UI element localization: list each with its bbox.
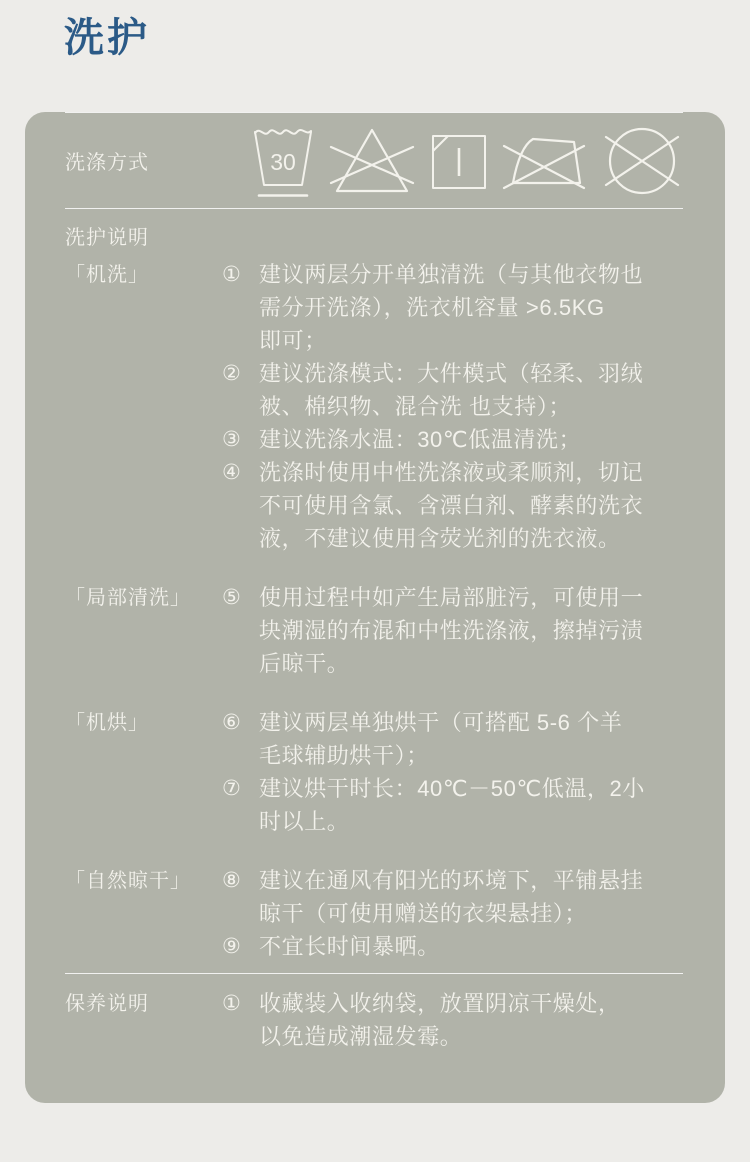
care-section-label: 「自然晾干」 xyxy=(65,864,222,963)
item-text: 不宜长时间暴晒。 xyxy=(259,930,440,963)
item-text: 建议两层分开单独清洗（与其他衣物也 需分开洗涤），洗衣机容量 >6.5KG 即可… xyxy=(259,258,643,357)
item-number-badge: ⑨ xyxy=(222,930,259,963)
item-number-badge: ③ xyxy=(222,423,259,456)
wash-method-row: 洗涤方式 30 xyxy=(65,112,683,209)
laundry-symbol-icons: 30 xyxy=(222,123,683,199)
care-item: ⑥建议两层单独烘干（可搭配 5-6 个羊 毛球辅助烘干）； xyxy=(222,706,683,772)
care-section: 「局部清洗」⑤使用过程中如产生局部脏污，可使用一 块潮湿的布混和中性洗涤液，擦掉… xyxy=(65,581,683,680)
wash-30-icon: 30 xyxy=(252,123,314,199)
no-iron-icon xyxy=(501,128,587,194)
care-section-label: 「机烘」 xyxy=(65,706,222,838)
svg-text:30: 30 xyxy=(270,149,296,175)
care-item: ⑤使用过程中如产生局部脏污，可使用一 块潮湿的布混和中性洗涤液，擦掉污渍 后晾干… xyxy=(222,581,683,680)
care-section: 「机洗」①建议两层分开单独清洗（与其他衣物也 需分开洗涤），洗衣机容量 >6.5… xyxy=(65,258,683,555)
care-item: ①建议两层分开单独清洗（与其他衣物也 需分开洗涤），洗衣机容量 >6.5KG 即… xyxy=(222,258,683,357)
item-number-badge: ⑦ xyxy=(222,772,259,805)
care-item: ①收藏装入收纳袋，放置阴凉干燥处， 以免造成潮湿发霉。 xyxy=(222,987,683,1053)
care-section-items: ⑧建议在通风有阳光的环境下，平铺悬挂 晾干（可使用赠送的衣架悬挂）；⑨不宜长时间… xyxy=(222,864,683,963)
maintenance-items: ①收藏装入收纳袋，放置阴凉干燥处， 以免造成潮湿发霉。 xyxy=(222,987,683,1053)
care-section-label: 「局部清洗」 xyxy=(65,581,222,680)
care-section-label: 「机洗」 xyxy=(65,258,222,555)
care-item: ③建议洗涤水温：30℃低温清洗； xyxy=(222,423,683,456)
care-section-items: ⑤使用过程中如产生局部脏污，可使用一 块潮湿的布混和中性洗涤液，擦掉污渍 后晾干… xyxy=(222,581,683,680)
care-sections: 「机洗」①建议两层分开单独清洗（与其他衣物也 需分开洗涤），洗衣机容量 >6.5… xyxy=(65,258,683,963)
item-text: 使用过程中如产生局部脏污，可使用一 块潮湿的布混和中性洗涤液，擦掉污渍 后晾干。 xyxy=(259,581,643,680)
item-number-badge: ⑤ xyxy=(222,581,259,614)
item-number-badge: ⑥ xyxy=(222,706,259,739)
maintenance-label: 保养说明 xyxy=(65,987,222,1053)
care-section-items: ⑥建议两层单独烘干（可搭配 5-6 个羊 毛球辅助烘干）；⑦建议烘干时长：40℃… xyxy=(222,706,683,838)
item-number-badge: ① xyxy=(222,258,259,291)
page-title: 洗护 xyxy=(64,14,750,62)
item-text: 建议洗涤水温：30℃低温清洗； xyxy=(259,423,581,456)
wash-method-label: 洗涤方式 xyxy=(65,146,222,175)
maintenance-row: 保养说明 ①收藏装入收纳袋，放置阴凉干燥处， 以免造成潮湿发霉。 xyxy=(65,973,683,1053)
no-bleach-icon xyxy=(328,127,416,195)
item-text: 建议洗涤模式：大件模式（轻柔、羽绒 被、棉织物、混合洗 也支持）； xyxy=(259,357,643,423)
item-text: 建议两层单独烘干（可搭配 5-6 个羊 毛球辅助烘干）； xyxy=(259,706,622,772)
care-item: ④洗涤时使用中性洗涤液或柔顺剂，切记 不可使用含氯、含漂白剂、酵素的洗衣 液，不… xyxy=(222,456,683,555)
care-card: 洗涤方式 30 洗护说明 「机洗」①建议两层分开单独清洗（与其他衣物也 需分开洗… xyxy=(25,112,725,1103)
item-text: 建议在通风有阳光的环境下，平铺悬挂 晾干（可使用赠送的衣架悬挂）； xyxy=(259,864,643,930)
no-dry-clean-icon xyxy=(601,124,683,198)
item-number-badge: ④ xyxy=(222,456,259,489)
item-number-badge: ② xyxy=(222,357,259,390)
drip-dry-icon xyxy=(431,132,487,190)
care-section-items: ①建议两层分开单独清洗（与其他衣物也 需分开洗涤），洗衣机容量 >6.5KG 即… xyxy=(222,258,683,555)
item-number-badge: ⑧ xyxy=(222,864,259,897)
care-instructions-heading: 洗护说明 xyxy=(65,221,683,250)
item-text: 收藏装入收纳袋，放置阴凉干燥处， 以免造成潮湿发霉。 xyxy=(259,987,621,1053)
item-text: 建议烘干时长：40℃－50℃低温，2小 时以上。 xyxy=(259,772,645,838)
care-section: 「机烘」⑥建议两层单独烘干（可搭配 5-6 个羊 毛球辅助烘干）；⑦建议烘干时长… xyxy=(65,706,683,838)
product-care-page: { "title": "洗护", "colors": { "page_bg": … xyxy=(0,0,750,1162)
item-number-badge: ① xyxy=(222,987,259,1020)
care-item: ⑨不宜长时间暴晒。 xyxy=(222,930,683,963)
care-item: ⑧建议在通风有阳光的环境下，平铺悬挂 晾干（可使用赠送的衣架悬挂）； xyxy=(222,864,683,930)
care-item: ②建议洗涤模式：大件模式（轻柔、羽绒 被、棉织物、混合洗 也支持）； xyxy=(222,357,683,423)
care-item: ⑦建议烘干时长：40℃－50℃低温，2小 时以上。 xyxy=(222,772,683,838)
care-section: 「自然晾干」⑧建议在通风有阳光的环境下，平铺悬挂 晾干（可使用赠送的衣架悬挂）；… xyxy=(65,864,683,963)
item-text: 洗涤时使用中性洗涤液或柔顺剂，切记 不可使用含氯、含漂白剂、酵素的洗衣 液，不建… xyxy=(259,456,643,555)
